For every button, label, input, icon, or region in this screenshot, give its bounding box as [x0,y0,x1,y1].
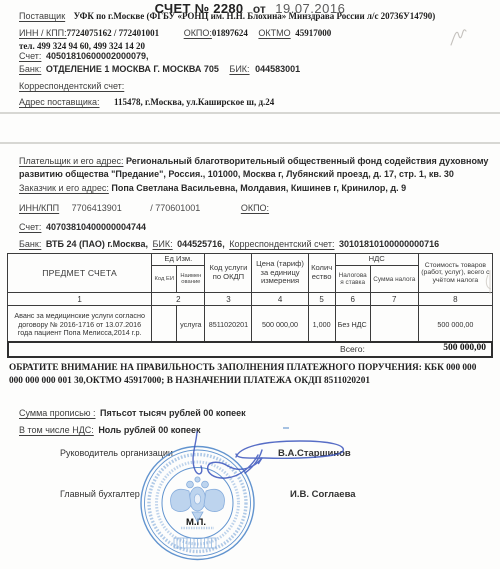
payer-inn-value: 7706413901 [72,203,122,213]
supplier-okpo-value: 01897624 [212,28,248,38]
supplier-bank-value: ОТДЕЛЕНИЕ 1 МОСКВА Г. МОСКВА 705 [46,64,219,74]
customer-label: Заказчик и его адрес: [19,183,109,193]
cell-qty: 1,000 [308,306,335,345]
head-signature-name: В.А.Старшинов [278,448,351,459]
col-header-unit-name: Наименование [177,266,205,293]
cell-service-code: 8511020201 [205,306,252,345]
invoice-ot: от [253,2,266,16]
payer-inn-line: ИНН/КПП 7706413901 / 770601001 ОКПО: [19,203,269,214]
supplier-oktmo-value: 45917000 [295,28,331,38]
cell-subject: Аванс за медицинские услуги согласно дог… [8,306,152,345]
vat-words-label: В том числе НДС: [19,425,94,435]
cell-unit-name: услуга [177,306,205,345]
supplier-address-value: 115478, г.Москва, ул.Каширское ш, д.24 [114,97,274,107]
payer-bik-value: 044525716, [177,239,225,249]
col-header-vat: НДС [335,254,418,266]
amount-words-line: Сумма прописью : Пятьсот тысяч рублей 00… [19,408,246,419]
invoice-number: СЧЕТ № 2280 [155,1,244,16]
amount-words-label: Сумма прописью : [19,408,96,418]
accountant-signature-name: И.В. Соглаева [290,489,356,500]
payer-bank-label: Банк: [19,239,41,249]
supplier-corr-label: Корреспондентский счет: [19,81,124,91]
col-header-unit-code: Код ЕИ [152,266,177,293]
col-header-subject: ПРЕДМЕТ СЧЕТА [8,254,152,293]
col-header-service-code: Код услуги по ОКДП [205,254,252,293]
payer-line: Плательщик и его адрес: Региональный бла… [19,155,489,181]
payer-inn-label: ИНН/КПП [19,203,59,213]
cell-vat-sum [370,306,418,345]
payer-corr-value: 30101810100000000716 [339,239,439,249]
pencil-mark [451,30,466,45]
col-header-vat-sum: Сумма налога [370,266,418,293]
table-row: Аванс за медицинские услуги согласно дог… [8,306,493,345]
payer-account-value: 40703810400000004744 [46,222,146,232]
col-header-unit: Ед Изм. [152,254,205,266]
stamp-seal [141,447,254,560]
stamp-barcode [174,538,216,548]
cell-unit-code [152,306,177,345]
payment-notice: ОБРАТИТЕ ВНИМАНИЕ НА ПРАВИЛЬНОСТЬ ЗАПОЛН… [9,362,486,387]
col-num-1: 1 [8,293,152,306]
accountant-signature-label: Главный бухгалтер [60,489,140,500]
total-label: Всего: [340,344,365,354]
total-box: Всего: 500 000,00 [7,341,493,358]
payer-corr-label: Корреспондентский счет: [229,239,334,249]
supplier-inn-value: 7724075162 / 772401001 [67,28,160,38]
supplier-bank-label: Банк: [19,64,41,74]
invoice-title: СЧЕТ № 2280 от 19.07.2016 [0,0,500,18]
vat-words-value: Ноль рублей 00 копеек [98,425,200,435]
supplier-bank-line: Банк: ОТДЕЛЕНИЕ 1 МОСКВА Г. МОСКВА 705 Б… [19,64,300,75]
payer-account-label: Счет: [19,222,41,232]
col-num-8: 8 [418,293,492,306]
cell-total: 500 000,00 [418,306,492,345]
items-table: ПРЕДМЕТ СЧЕТА Ед Изм. Код услуги по ОКДП… [7,253,493,345]
col-header-price: Цена (тариф) за единицу измерения [252,254,308,293]
col-header-total: Стоимость товаров (работ, услуг), всего … [418,254,492,293]
cell-price: 500 000,00 [252,306,308,345]
supplier-account-line: Счет: 40501810600002000079, [19,51,149,62]
payer-kpp-value: / 770601001 [150,203,200,213]
supplier-bik-value: 044583001 [255,64,300,74]
supplier-address-label: Адрес поставщика: [19,97,100,107]
col-num-3: 3 [205,293,252,306]
invoice-date: 19.07.2016 [275,1,345,16]
vat-words-line: В том числе НДС: Ноль рублей 00 копеек [19,425,201,436]
col-num-5: 5 [308,293,335,306]
col-num-4: 4 [252,293,308,306]
col-header-qty: Количество [308,254,335,293]
supplier-oktmo-label: ОКТМО [258,28,290,38]
divider-title-bottom [0,142,500,144]
supplier-account-value: 40501810600002000079, [46,51,149,61]
customer-value: Попа Светлана Васильевна, Молдавия, Киши… [111,183,406,193]
payer-bik-label: БИК: [153,239,173,249]
payer-label: Плательщик и его адрес: [19,156,123,166]
supplier-okpo-label: ОКПО: [184,28,212,38]
payer-account-line: Счет: 40703810400000004744 [19,222,146,233]
supplier-inn-label: ИНН / КПП: [19,28,67,38]
col-num-7: 7 [370,293,418,306]
stamp-place-label: М.П. [186,517,206,528]
head-signature-label: Руководитель организации [60,448,173,459]
payer-bank-line: Банк: ВТБ 24 (ПАО) г.Москва, БИК: 044525… [19,239,439,250]
payer-okpo-label: ОКПО: [241,203,269,213]
supplier-account-label: Счет: [19,51,41,61]
col-num-6: 6 [335,293,370,306]
payer-bank-value: ВТБ 24 (ПАО) г.Москва, [46,239,148,249]
customer-line: Заказчик и его адрес: Попа Светлана Васи… [19,183,406,194]
col-header-vat-rate: Налоговая ставка [335,266,370,293]
divider-top [0,112,500,114]
supplier-inn-line: ИНН / КПП:7724075162 / 772401001 ОКПО:01… [19,28,331,39]
cell-vat-rate: Без НДС [335,306,370,345]
supplier-address-line: Адрес поставщика: 115478, г.Москва, ул.К… [19,97,274,108]
supplier-bik-label: БИК: [229,64,249,74]
total-value: 500 000,00 [443,343,486,353]
invoice-page: Поставщик УФК по г.Москве (ФГБУ «РОНЦ им… [0,0,500,569]
eagle-emblem [171,477,225,522]
supplier-corr-line: Корреспондентский счет: [19,81,124,92]
col-num-2: 2 [152,293,205,306]
amount-words-value: Пятьсот тысяч рублей 00 копеек [100,408,246,418]
